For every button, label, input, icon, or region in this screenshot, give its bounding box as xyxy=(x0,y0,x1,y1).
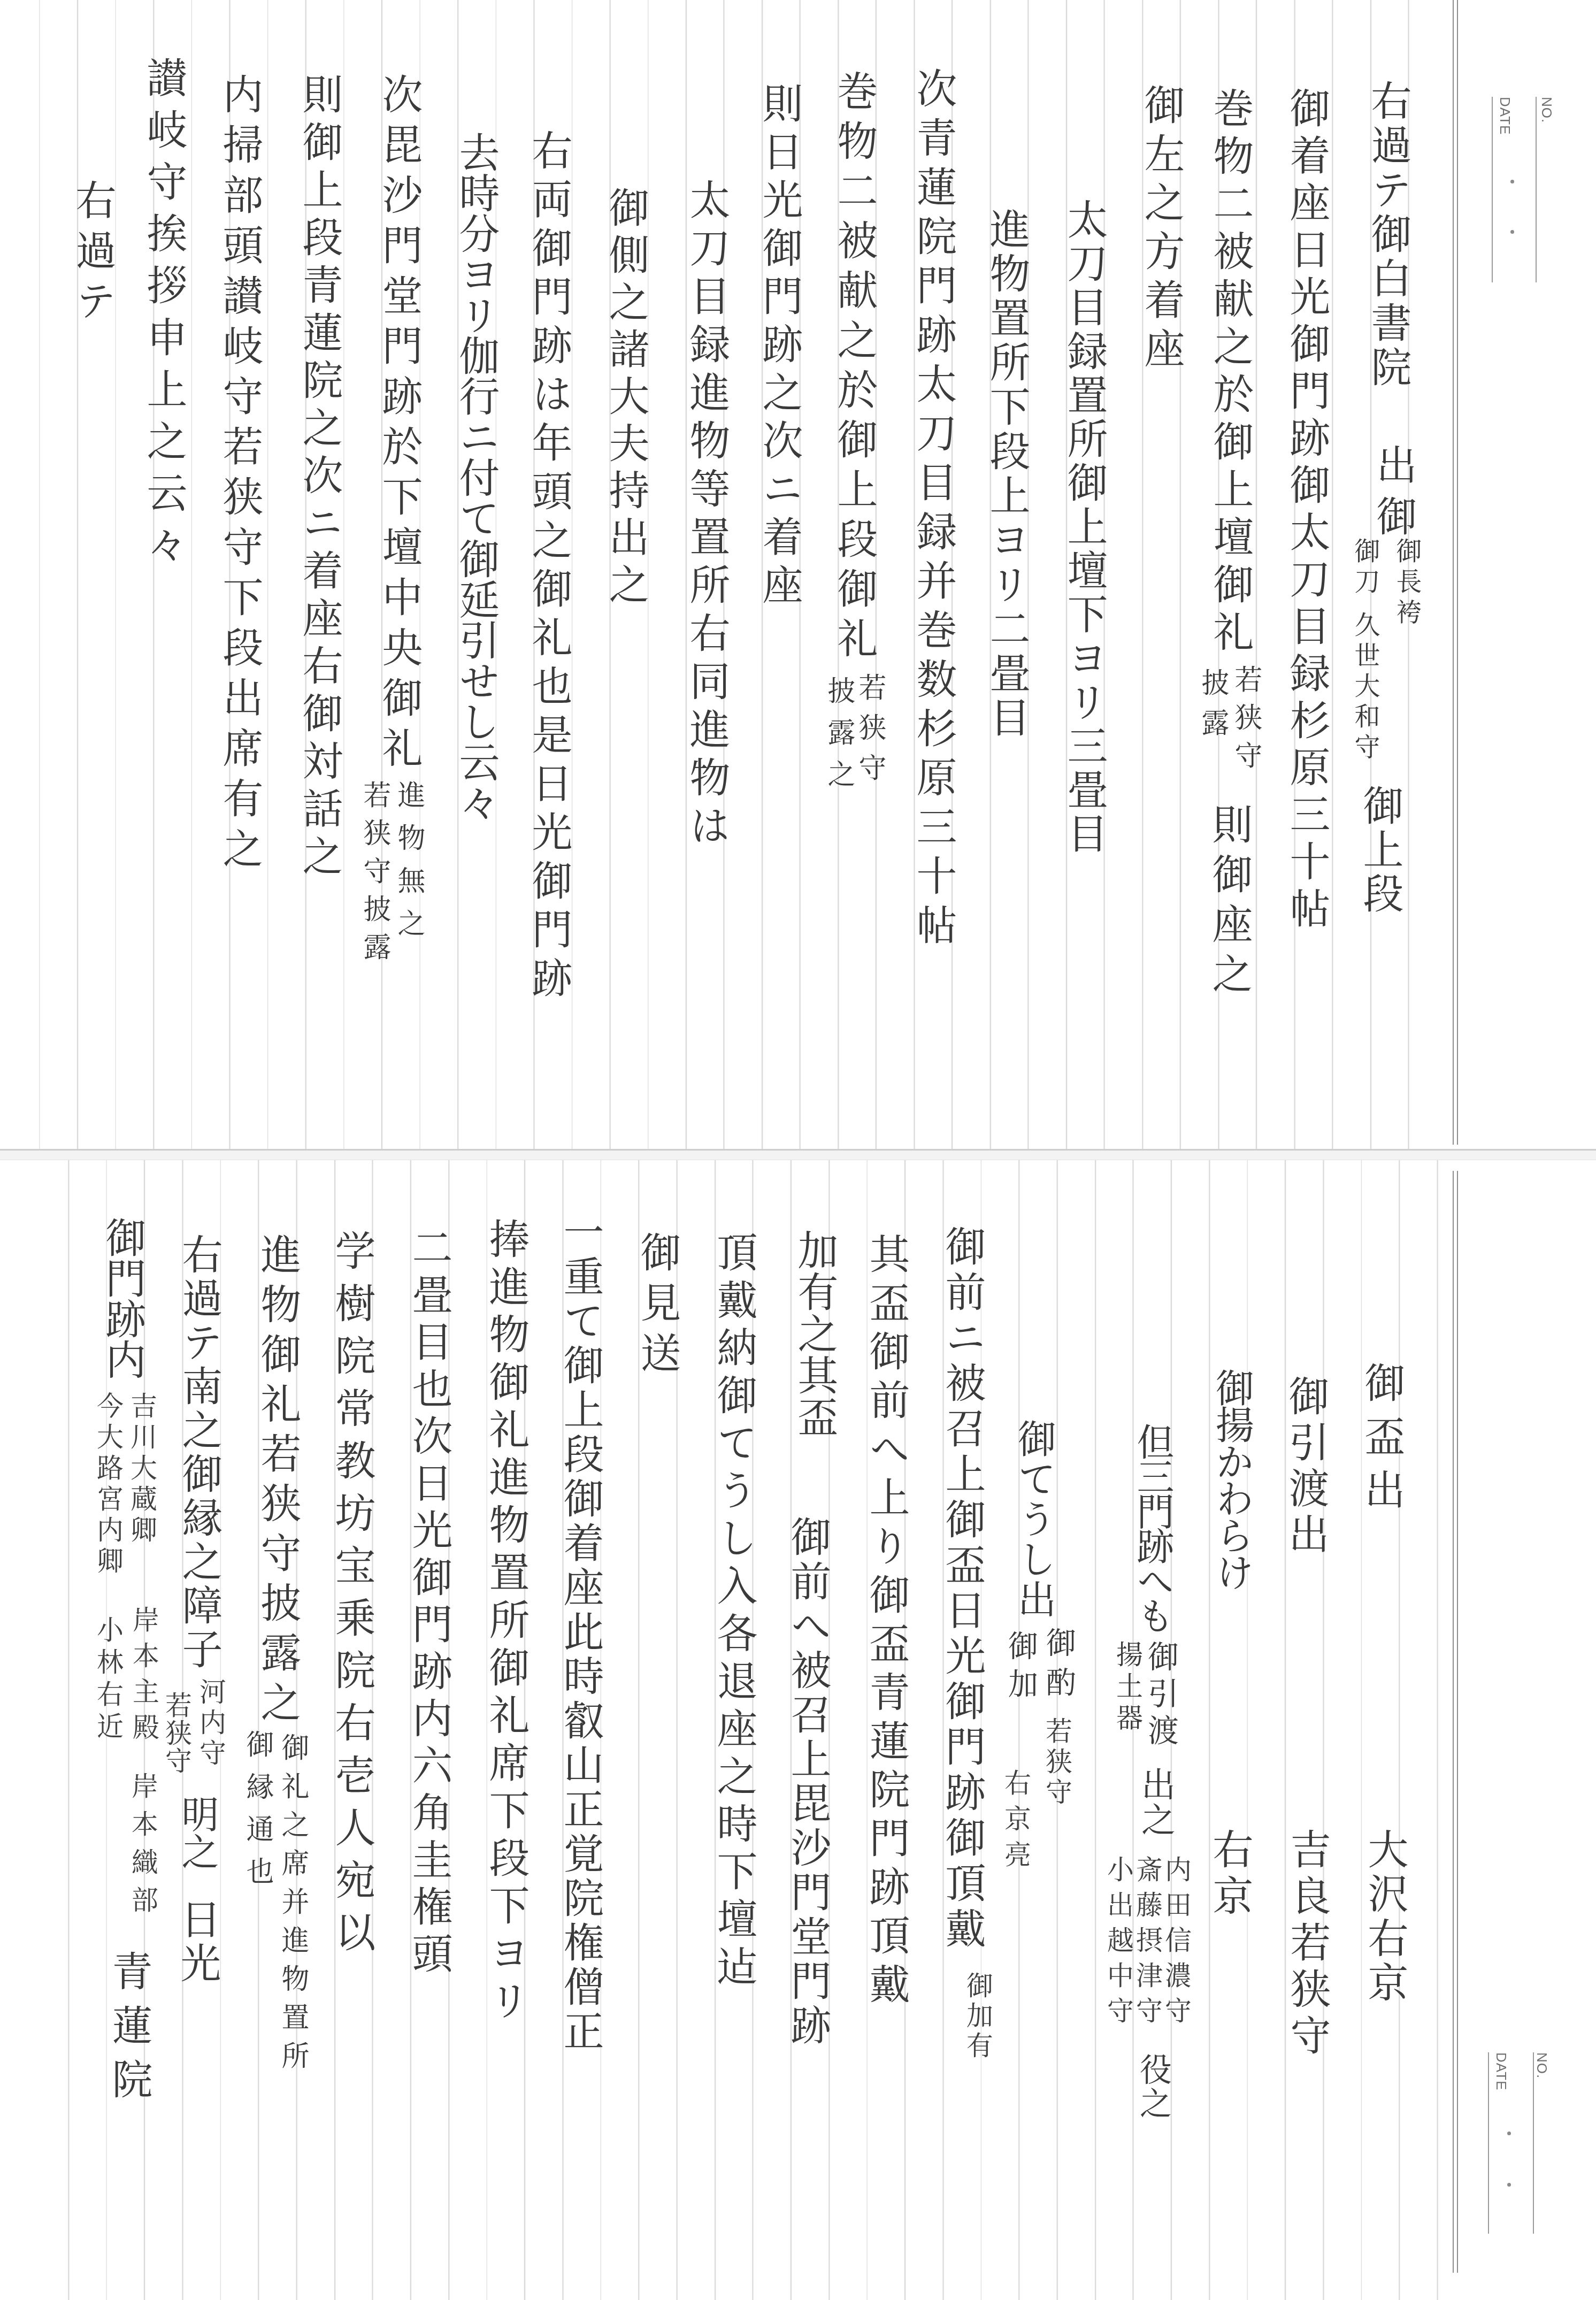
no-field-label: NO. xyxy=(1535,2052,1549,2079)
no-field-label: NO. xyxy=(1540,97,1554,123)
no-field-line xyxy=(1536,97,1537,282)
official-name: 斎藤摂津守 xyxy=(1134,1856,1161,2032)
no-field-line xyxy=(1533,2052,1534,2234)
main-text: 右過テ xyxy=(72,179,113,330)
date-field-line xyxy=(1492,97,1493,282)
date-field-label: DATE xyxy=(1494,2052,1508,2090)
main-text: 御てうし出 xyxy=(1015,1419,1053,1620)
official-name: 今大路宮内卿 xyxy=(95,1392,121,1578)
main-text: 則日光御門跡之次ニ着座 xyxy=(759,82,800,612)
page-gutter xyxy=(0,1151,1596,1160)
interlinear-note-right: 御礼之席并進物置所 xyxy=(279,1733,306,2080)
interlinear-note-left: 披露 xyxy=(1199,668,1226,748)
main-text: 御上段 xyxy=(1360,785,1400,916)
interlinear-note-right: 若狭守 xyxy=(856,673,884,793)
official-name: 内田信濃守 xyxy=(1163,1856,1190,2032)
main-text: 一重て御上段御着座此時叡山正覚院権僧正 xyxy=(560,1211,601,2054)
interlinear-note-left: 披露之 xyxy=(825,676,853,801)
date-separator-dot xyxy=(1510,230,1514,234)
main-text: 進物御礼若狭守披露之 xyxy=(257,1233,298,1731)
official-name: 右京亮 xyxy=(1002,1769,1029,1876)
main-text: 次青蓮院門跡太刀目録并巻数杉原三十帖 xyxy=(913,67,954,953)
main-text: 御左之方着座 xyxy=(1141,84,1181,376)
official-name: 岸本織部 xyxy=(129,1772,156,1924)
main-text: 内掃部頭讃岐守若狭守下段出席有之 xyxy=(219,73,260,878)
main-text: 御前へ被召上毘沙門堂門跡 xyxy=(787,1516,828,2049)
notebook-page-bottom: NO. DATE 御盃出 大沢右京 御引渡出 吉良若狭守 御揚かわらけ 右京 但… xyxy=(0,1160,1596,2300)
main-text: 太刀目録置所御上壇下ヨリ三畳目 xyxy=(1064,198,1104,856)
scanned-notebook-spread: NO. DATE 右過テ御白書院 出御 御長袴 御刀 久世大和守 御上段 御着座… xyxy=(0,0,1596,2300)
main-text: 日光 xyxy=(177,1898,218,1986)
margin-double-line-outer xyxy=(1457,1171,1458,2273)
main-text: 御着座日光御門跡御太刀目録杉原三十帖 xyxy=(1286,87,1327,934)
official-name: 吉川大蔵卿 xyxy=(128,1392,155,1547)
main-text: 巻物二被献之於御上段御礼 xyxy=(834,70,874,667)
main-text: 去時分ヨリ伽行ニ付て御延引せし云々 xyxy=(456,132,496,823)
main-text: 但三門跡へも xyxy=(1134,1423,1171,1631)
main-text: 御側之諸大夫持出之 xyxy=(605,187,646,610)
main-text: 加有之其盃 xyxy=(794,1229,835,1438)
date-field-line xyxy=(1488,2052,1489,2234)
main-text: 御見送 xyxy=(637,1231,678,1382)
main-text: 右両御門跡は年頭之御礼也是日光御門跡 xyxy=(528,129,569,1006)
main-text: 学樹院常教坊宝乗院右壱人宛以 xyxy=(332,1230,372,1964)
main-text: 右過テ南之御縁之障子 xyxy=(179,1233,219,1672)
main-text: 御盃出 xyxy=(1361,1362,1402,1522)
official-name: 岸本主殿 xyxy=(131,1606,157,1749)
role-label: 御加 xyxy=(1006,1630,1035,1706)
main-text: 太刀目録進物等置所右同進物は xyxy=(686,179,727,853)
margin-double-line-inner xyxy=(1453,0,1454,1145)
interlinear-note: 御加有 xyxy=(964,1972,991,2061)
interlinear-note-left: 揚土器 xyxy=(1114,1640,1141,1735)
date-separator-dot xyxy=(1507,2132,1511,2135)
main-text: 其盃御前へ上り御盃青蓮院門跡頂戴 xyxy=(866,1233,907,2012)
official-name: 小林右近 xyxy=(95,1616,121,1744)
date-separator-dot xyxy=(1507,2183,1511,2187)
notebook-page-top: NO. DATE 右過テ御白書院 出御 御長袴 御刀 久世大和守 御上段 御着座… xyxy=(0,0,1596,1151)
interlinear-note-right: 若狭守 xyxy=(1232,665,1260,779)
date-field-label: DATE xyxy=(1498,97,1512,135)
main-text: 御引渡出 xyxy=(1285,1375,1326,1559)
margin-double-line-inner xyxy=(1453,1171,1454,2273)
interlinear-note-left: 御刀 久世大和守 xyxy=(1352,538,1378,764)
main-text: 次毘沙門堂門跡於下壇中央御礼 xyxy=(379,73,419,777)
main-text: 右過テ御白書院 xyxy=(1368,80,1408,390)
main-text: 巻物二被献之於御上壇御礼 xyxy=(1210,87,1250,658)
interlinear-note-right: 御引渡 xyxy=(1145,1640,1176,1751)
attendant-name: 右京 xyxy=(1209,1828,1250,1921)
interlinear-note-left: 御縁通也 xyxy=(243,1730,271,1899)
main-text: 明之 xyxy=(179,1795,216,1870)
main-text: 二畳目也次日光御門跡内六角圭権頭 xyxy=(409,1226,449,1980)
margin-double-line-outer xyxy=(1457,0,1458,1145)
interlinear-note-right: 河内守 xyxy=(197,1678,224,1769)
main-text: 捧進物御礼進物置所御礼席下段下ヨリ xyxy=(486,1218,526,2027)
main-text: 頂戴納御てうし入各退座之時下壇迠 xyxy=(713,1231,754,1993)
main-text: 進物置所下段上ヨリ二畳目 xyxy=(986,208,1027,741)
role-label: 御酌 xyxy=(1043,1627,1073,1706)
interlinear-note-left: 若狭守披露 xyxy=(360,780,388,970)
main-text: 出之 xyxy=(1138,1767,1172,1837)
interlinear-note-right: 進物無之 xyxy=(395,780,423,952)
attendant-name: 吉良若狭守 xyxy=(1287,1828,1328,2061)
attendant-name: 大沢右京 xyxy=(1364,1828,1405,2006)
official-name: 小出越中守 xyxy=(1105,1856,1132,2032)
main-text: 役之 xyxy=(1137,2053,1169,2120)
main-text: 則御座之 xyxy=(1209,803,1249,1002)
main-text: 御揚かわらけ xyxy=(1213,1368,1251,1590)
official-name: 若狭守 xyxy=(1043,1717,1070,1808)
date-separator-dot xyxy=(1510,180,1514,183)
main-text: 則御上段青蓮院之次ニ着座右御対話之 xyxy=(299,73,340,883)
main-text: 出御 xyxy=(1373,444,1414,547)
interlinear-note-right: 御長袴 xyxy=(1394,538,1419,629)
main-text: 讃岐守挨拶申上之云々 xyxy=(143,57,184,576)
main-text: 御前ニ被召上御盃日光御門跡御頂戴 xyxy=(942,1225,983,1953)
main-text: 御門跡内 xyxy=(102,1217,143,1379)
main-text: 青蓮院 xyxy=(109,1950,149,2112)
interlinear-note-left: 若狭守 xyxy=(163,1691,190,1775)
